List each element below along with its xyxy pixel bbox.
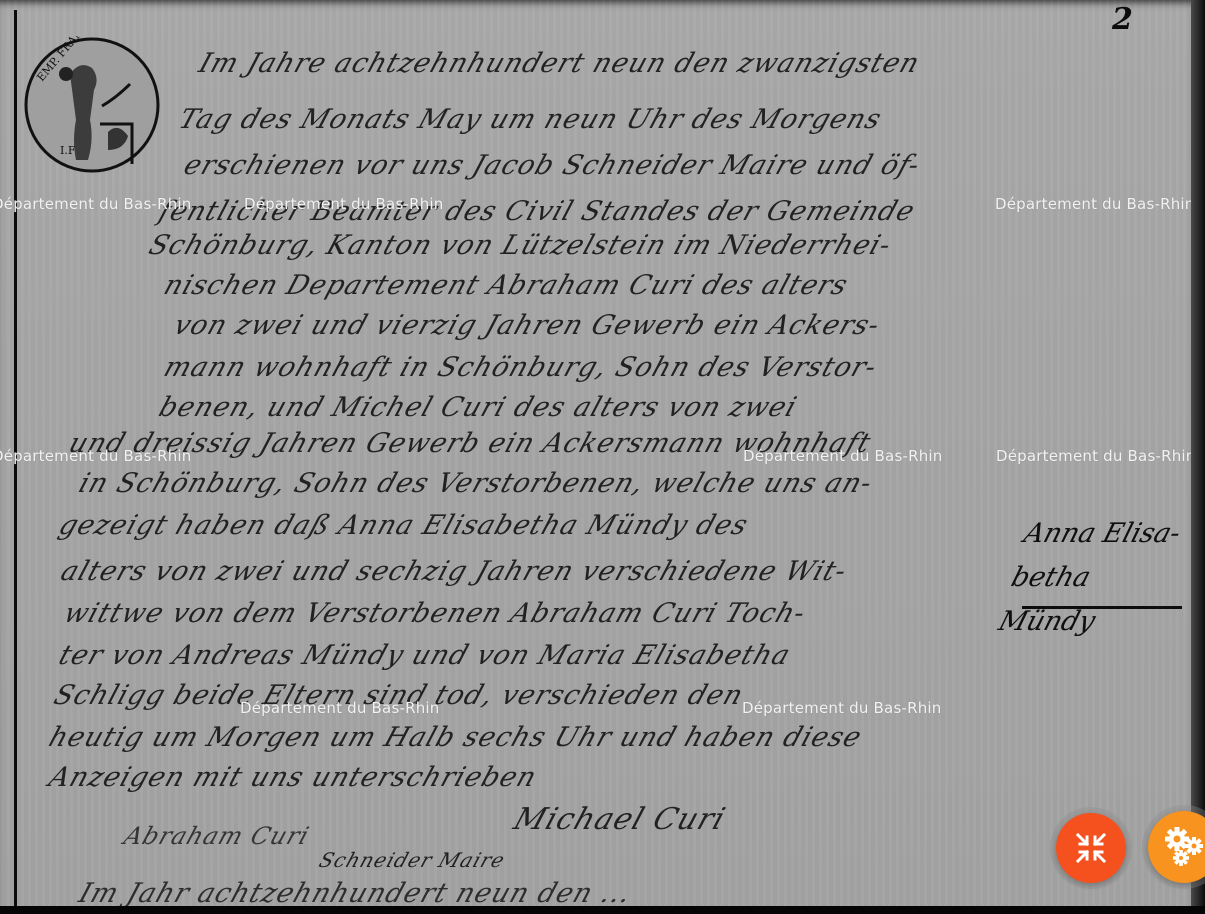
handwritten-line: ter von Andreas Mündy und von Maria Elis…: [55, 640, 795, 671]
handwritten-line: Tag des Monats May um neun Uhr des Morge…: [175, 104, 886, 135]
watermark: Département du Bas-Rhin: [0, 447, 191, 465]
svg-text:I.F: I.F: [60, 144, 76, 157]
handwritten-line: mann wohnhaft in Schönburg, Sohn des Ver…: [160, 352, 881, 383]
bottom-bar: [0, 906, 1205, 914]
watermark: Département du Bas-Rhin: [743, 447, 942, 465]
page-edge: [1191, 0, 1205, 906]
handwritten-line: nischen Departement Abraham Curi des alt…: [160, 270, 852, 301]
signature: Abraham Curi: [120, 822, 313, 850]
watermark: Département du Bas-Rhin: [995, 195, 1194, 213]
watermark: Département du Bas-Rhin: [742, 699, 941, 717]
handwritten-line: heutig um Morgen um Halb sechs Uhr und h…: [45, 722, 866, 753]
handwritten-line: in Schönburg, Sohn des Verstorbenen, wel…: [75, 468, 877, 499]
compress-arrows-icon: [1074, 831, 1108, 865]
watermark: Département du Bas-Rhin: [244, 195, 443, 213]
signature: Schneider Maire: [316, 848, 508, 872]
watermark: Département du Bas-Rhin: [996, 447, 1195, 465]
scanned-page: EMP. FRAN I.F 2 Im Jahre achtzehnhundert…: [0, 0, 1192, 906]
margin-note: Anna Elisa- betha Mündy: [993, 512, 1205, 644]
handwritten-line: erschienen vor uns Jacob Schneider Maire…: [180, 150, 924, 181]
handwritten-line-partial: Im Jahr achtzehnhundert neun den ...: [75, 878, 636, 906]
margin-underline: [1022, 606, 1182, 609]
gears-icon: [1161, 824, 1205, 870]
handwritten-line: Schönburg, Kanton von Lützelstein im Nie…: [145, 230, 896, 261]
margin-note-line: Anna Elisa-: [1018, 512, 1205, 556]
page-number: 2: [1112, 2, 1133, 37]
handwritten-line: gezeigt haben daß Anna Elisabetha Mündy …: [55, 510, 752, 541]
handwritten-line: benen, und Michel Curi des alters von zw…: [155, 392, 801, 423]
empire-stamp-icon: EMP. FRAN I.F: [22, 36, 162, 174]
watermark: Département du Bas-Rhin: [240, 699, 439, 717]
handwritten-line: Anzeigen mit uns unterschrieben: [45, 762, 541, 793]
exit-fullscreen-button[interactable]: [1056, 813, 1126, 883]
handwritten-line: alters von zwei und sechzig Jahren versc…: [57, 556, 851, 587]
handwritten-line: Im Jahre achtzehnhundert neun den zwanzi…: [195, 48, 924, 79]
signature: Michael Curi: [509, 802, 730, 837]
margin-note-line: betha Mündy: [993, 556, 1196, 644]
handwritten-line: wittwe von dem Verstorbenen Abraham Curi…: [60, 598, 810, 629]
document-viewer[interactable]: EMP. FRAN I.F 2 Im Jahre achtzehnhundert…: [0, 0, 1205, 906]
handwritten-line: von zwei und vierzig Jahren Gewerb ein A…: [170, 310, 884, 341]
watermark: Département du Bas-Rhin: [0, 195, 191, 213]
